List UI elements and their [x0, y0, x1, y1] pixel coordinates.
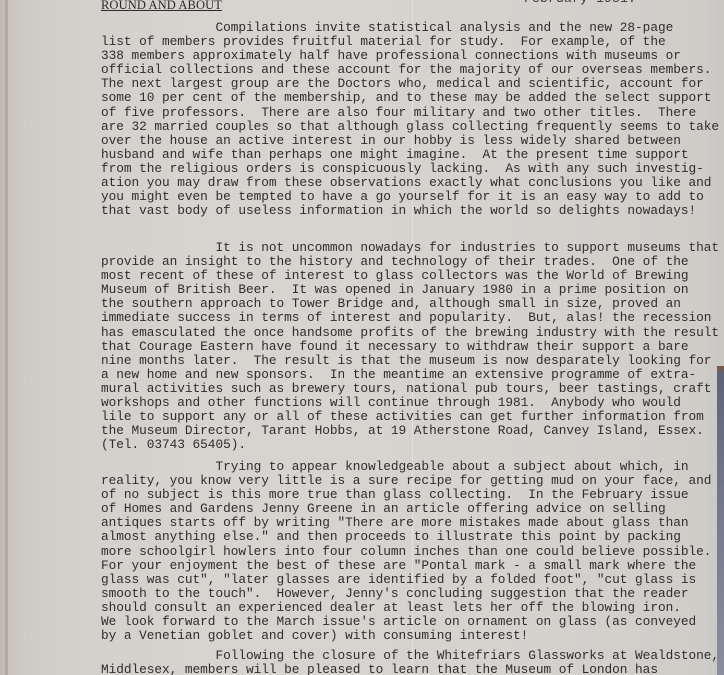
text-line: the southern approach to Tower Bridge an… [101, 297, 721, 311]
text-line: official collections and these account f… [101, 63, 721, 77]
text-line: a new home and new sponsors. In the mean… [101, 368, 721, 382]
text-line: Following the closure of the Whitefriars… [101, 649, 721, 663]
text-line: should consult an experienced dealer at … [101, 601, 721, 615]
paragraph-membership-statistics: Compilations invite statistical analysis… [101, 21, 721, 218]
text-line: by a Venetian goblet and cover) with con… [101, 629, 721, 643]
text-line: It is not uncommon nowadays for industri… [101, 241, 721, 255]
text-line: Museum of British Beer. It was opened in… [101, 283, 721, 297]
text-line: has emasculated the once handsome profit… [101, 326, 721, 340]
text-line: antiques starts off by writing "There ar… [101, 516, 721, 530]
text-line: more schoolgirl howlers into four column… [101, 545, 721, 559]
text-line: provide an insight to the history and te… [101, 255, 721, 269]
text-line: of Homes and Gardens Jenny Greene in an … [101, 502, 721, 516]
page-edge-shadow [5, 0, 8, 675]
text-line: Compilations invite statistical analysis… [101, 21, 721, 35]
text-line: list of members provides fruitful materi… [101, 35, 721, 49]
text-line: For your enjoyment the best of these are… [101, 559, 721, 573]
text-line: most recent of these of interest to glas… [101, 269, 721, 283]
text-line: mural activities such as brewery tours, … [101, 382, 721, 396]
text-line: The next largest group are the Doctors w… [101, 77, 721, 91]
text-line: (Tel. 03743 65405). [101, 438, 721, 452]
text-line: of no subject is this more true than gla… [101, 488, 721, 502]
text-line: ation you may draw from these observatio… [101, 176, 721, 190]
text-line: reality, you know very little is a sure … [101, 474, 721, 488]
text-line: lile to support any or all of these acti… [101, 410, 721, 424]
text-line: Middlesex, members will be pleased to le… [101, 663, 721, 675]
paragraph-brewing-museum: It is not uncommon nowadays for industri… [101, 241, 721, 452]
text-line: workshops and other functions will conti… [101, 396, 721, 410]
text-line: from the religious orders is conspicuous… [101, 162, 721, 176]
text-line: almost anything else." and then proceeds… [101, 530, 721, 544]
text-line: of five professors. There are also four … [101, 106, 721, 120]
text-line: over the house an active interest in our… [101, 134, 721, 148]
section-title: ROUND AND ABOUT [101, 0, 222, 13]
paragraph-whitefriars: Following the closure of the Whitefriars… [101, 649, 721, 675]
text-line: some 10 per cent of the membership, and … [101, 91, 721, 105]
text-line: glass was cut", "later glasses are ident… [101, 573, 721, 587]
text-line: are 32 married couples so that although … [101, 120, 721, 134]
text-line: immediate success in terms of interest a… [101, 311, 721, 325]
text-line: nine months later. The result is that th… [101, 354, 721, 368]
text-line: 338 members approximately half have prof… [101, 49, 721, 63]
text-line: We look forward to the March issue's art… [101, 615, 721, 629]
text-line: smooth to the touch". However, Jenny's c… [101, 587, 721, 601]
text-line: you might even be tempted to have a go y… [101, 190, 721, 204]
paragraph-glass-mistakes: Trying to appear knowledgeable about a s… [101, 460, 721, 643]
issue-date: February 1981. [524, 0, 636, 6]
text-line: that Courage Eastern have found it neces… [101, 340, 721, 354]
text-line: Trying to appear knowledgeable about a s… [101, 460, 721, 474]
text-line: the Museum Director, Tarant Hobbs, at 19… [101, 424, 721, 438]
text-line: that vast body of useless information in… [101, 204, 721, 218]
text-line: husband and wife than perhaps one might … [101, 148, 721, 162]
